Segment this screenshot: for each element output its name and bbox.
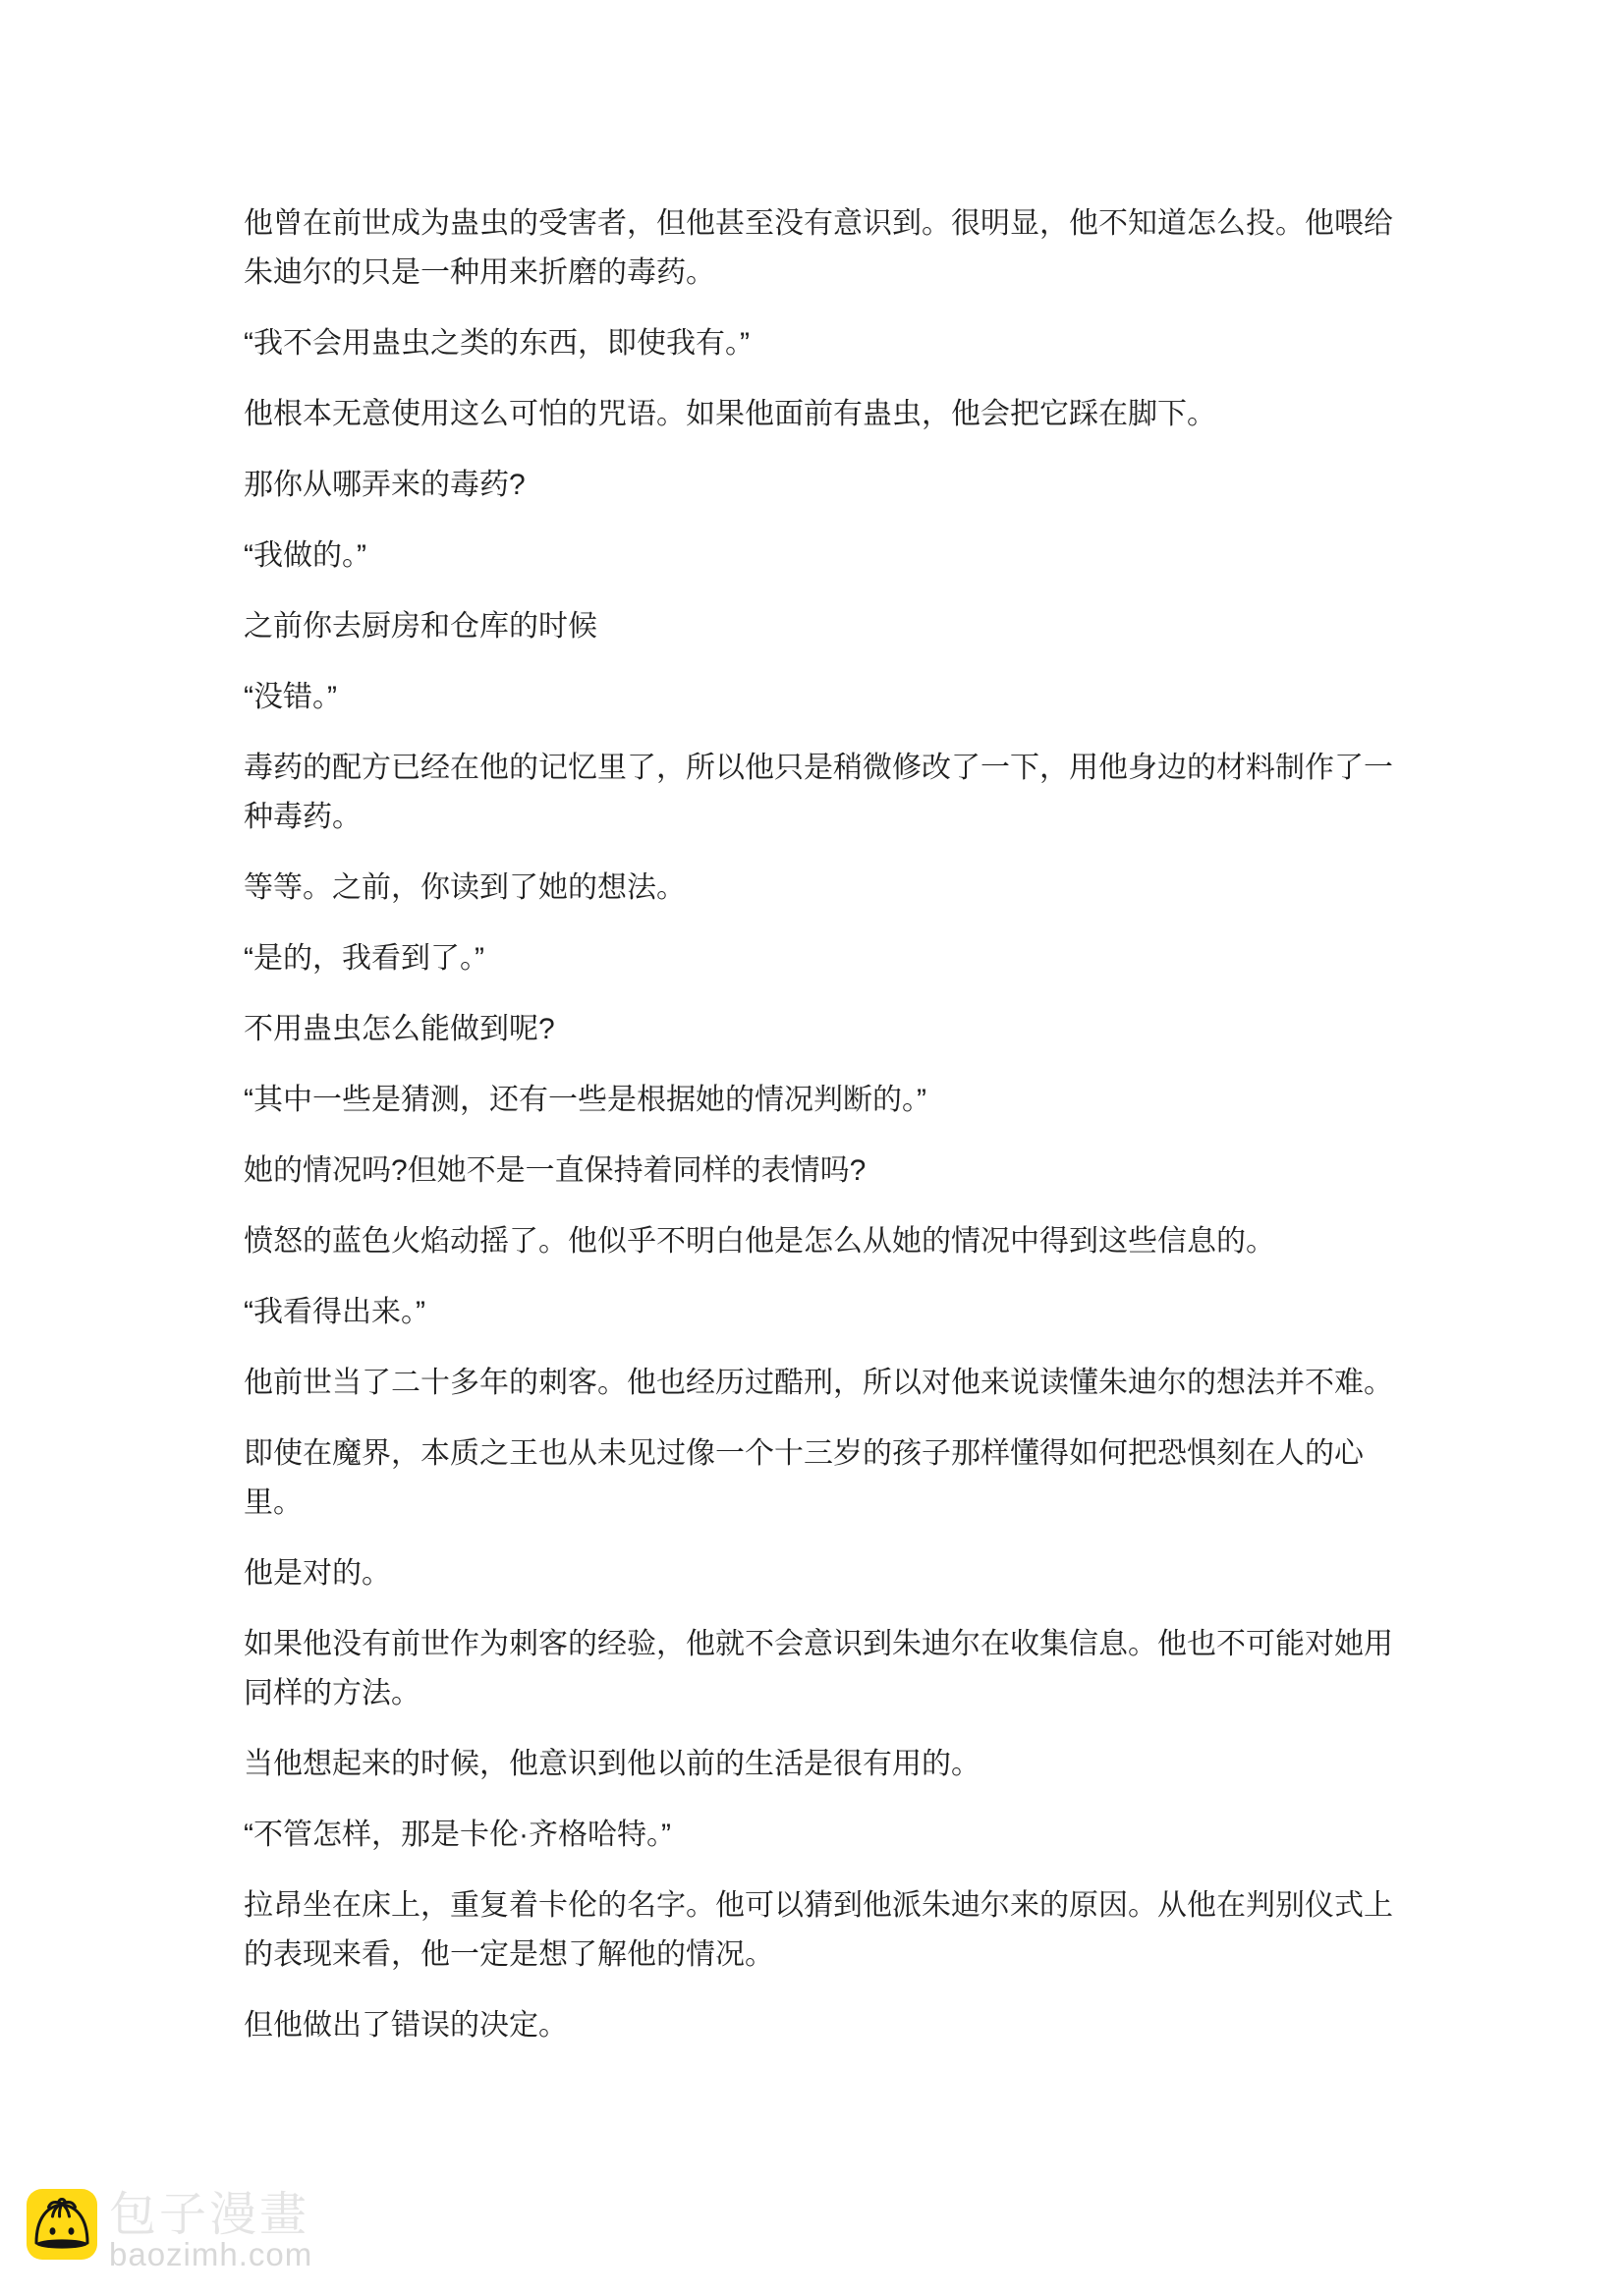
paragraph: “其中一些是猜测，还有一些是根据她的情况判断的。” — [244, 1076, 1393, 1125]
paragraph: 当他想起来的时候，他意识到他以前的生活是很有用的。 — [244, 1740, 1393, 1789]
paragraph: “是的，我看到了。” — [244, 934, 1393, 983]
brand-domain: baozimh.com — [109, 2238, 312, 2270]
paragraph: 等等。之前，你读到了她的想法。 — [244, 864, 1393, 913]
paragraph: 他曾在前世成为蛊虫的受害者，但他甚至没有意识到。很明显，他不知道怎么投。他喂给朱… — [244, 199, 1393, 298]
brand-text-block: 包子漫畫 baozimh.com — [109, 2189, 312, 2270]
paragraph: 不用蛊虫怎么能做到呢? — [244, 1005, 1393, 1054]
paragraph: “不管怎样，那是卡伦·齐格哈特。” — [244, 1811, 1393, 1860]
paragraph: 之前你去厨房和仓库的时候 — [244, 602, 1393, 651]
paragraph: 那你从哪弄来的毒药? — [244, 461, 1393, 510]
paragraph: 拉昂坐在床上，重复着卡伦的名字。他可以猜到他派朱迪尔来的原因。从他在判别仪式上的… — [244, 1881, 1393, 1980]
paragraph: 但他做出了错误的决定。 — [244, 2001, 1393, 2050]
paragraph: “我看得出来。” — [244, 1288, 1393, 1337]
paragraph: 他是对的。 — [244, 1549, 1393, 1598]
paragraph: 愤怒的蓝色火焰动摇了。他似乎不明白他是怎么从她的情况中得到这些信息的。 — [244, 1217, 1393, 1266]
story-text-page: 他曾在前世成为蛊虫的受害者，但他甚至没有意识到。很明显，他不知道怎么投。他喂给朱… — [244, 199, 1393, 2072]
site-watermark: 包子漫畫 baozimh.com — [27, 2189, 312, 2270]
paragraph: “我做的。” — [244, 532, 1393, 581]
paragraph: 即使在魔界，本质之王也从未见过像一个十三岁的孩子那样懂得如何把恐惧刻在人的心里。 — [244, 1429, 1393, 1528]
paragraph: 如果他没有前世作为刺客的经验，他就不会意识到朱迪尔在收集信息。他也不可能对她用同… — [244, 1620, 1393, 1718]
paragraph: 他根本无意使用这么可怕的咒语。如果他面前有蛊虫，他会把它踩在脚下。 — [244, 390, 1393, 439]
bao-bun-icon — [27, 2189, 97, 2260]
paragraph: 毒药的配方已经在他的记忆里了，所以他只是稍微修改了一下，用他身边的材料制作了一种… — [244, 744, 1393, 842]
paragraph: 他前世当了二十多年的刺客。他也经历过酷刑，所以对他来说读懂朱迪尔的想法并不难。 — [244, 1359, 1393, 1408]
paragraph: “我不会用蛊虫之类的东西，即使我有。” — [244, 319, 1393, 368]
brand-name: 包子漫畫 — [109, 2191, 312, 2240]
paragraph: “没错。” — [244, 673, 1393, 722]
paragraph: 她的情况吗?但她不是一直保持着同样的表情吗? — [244, 1147, 1393, 1196]
